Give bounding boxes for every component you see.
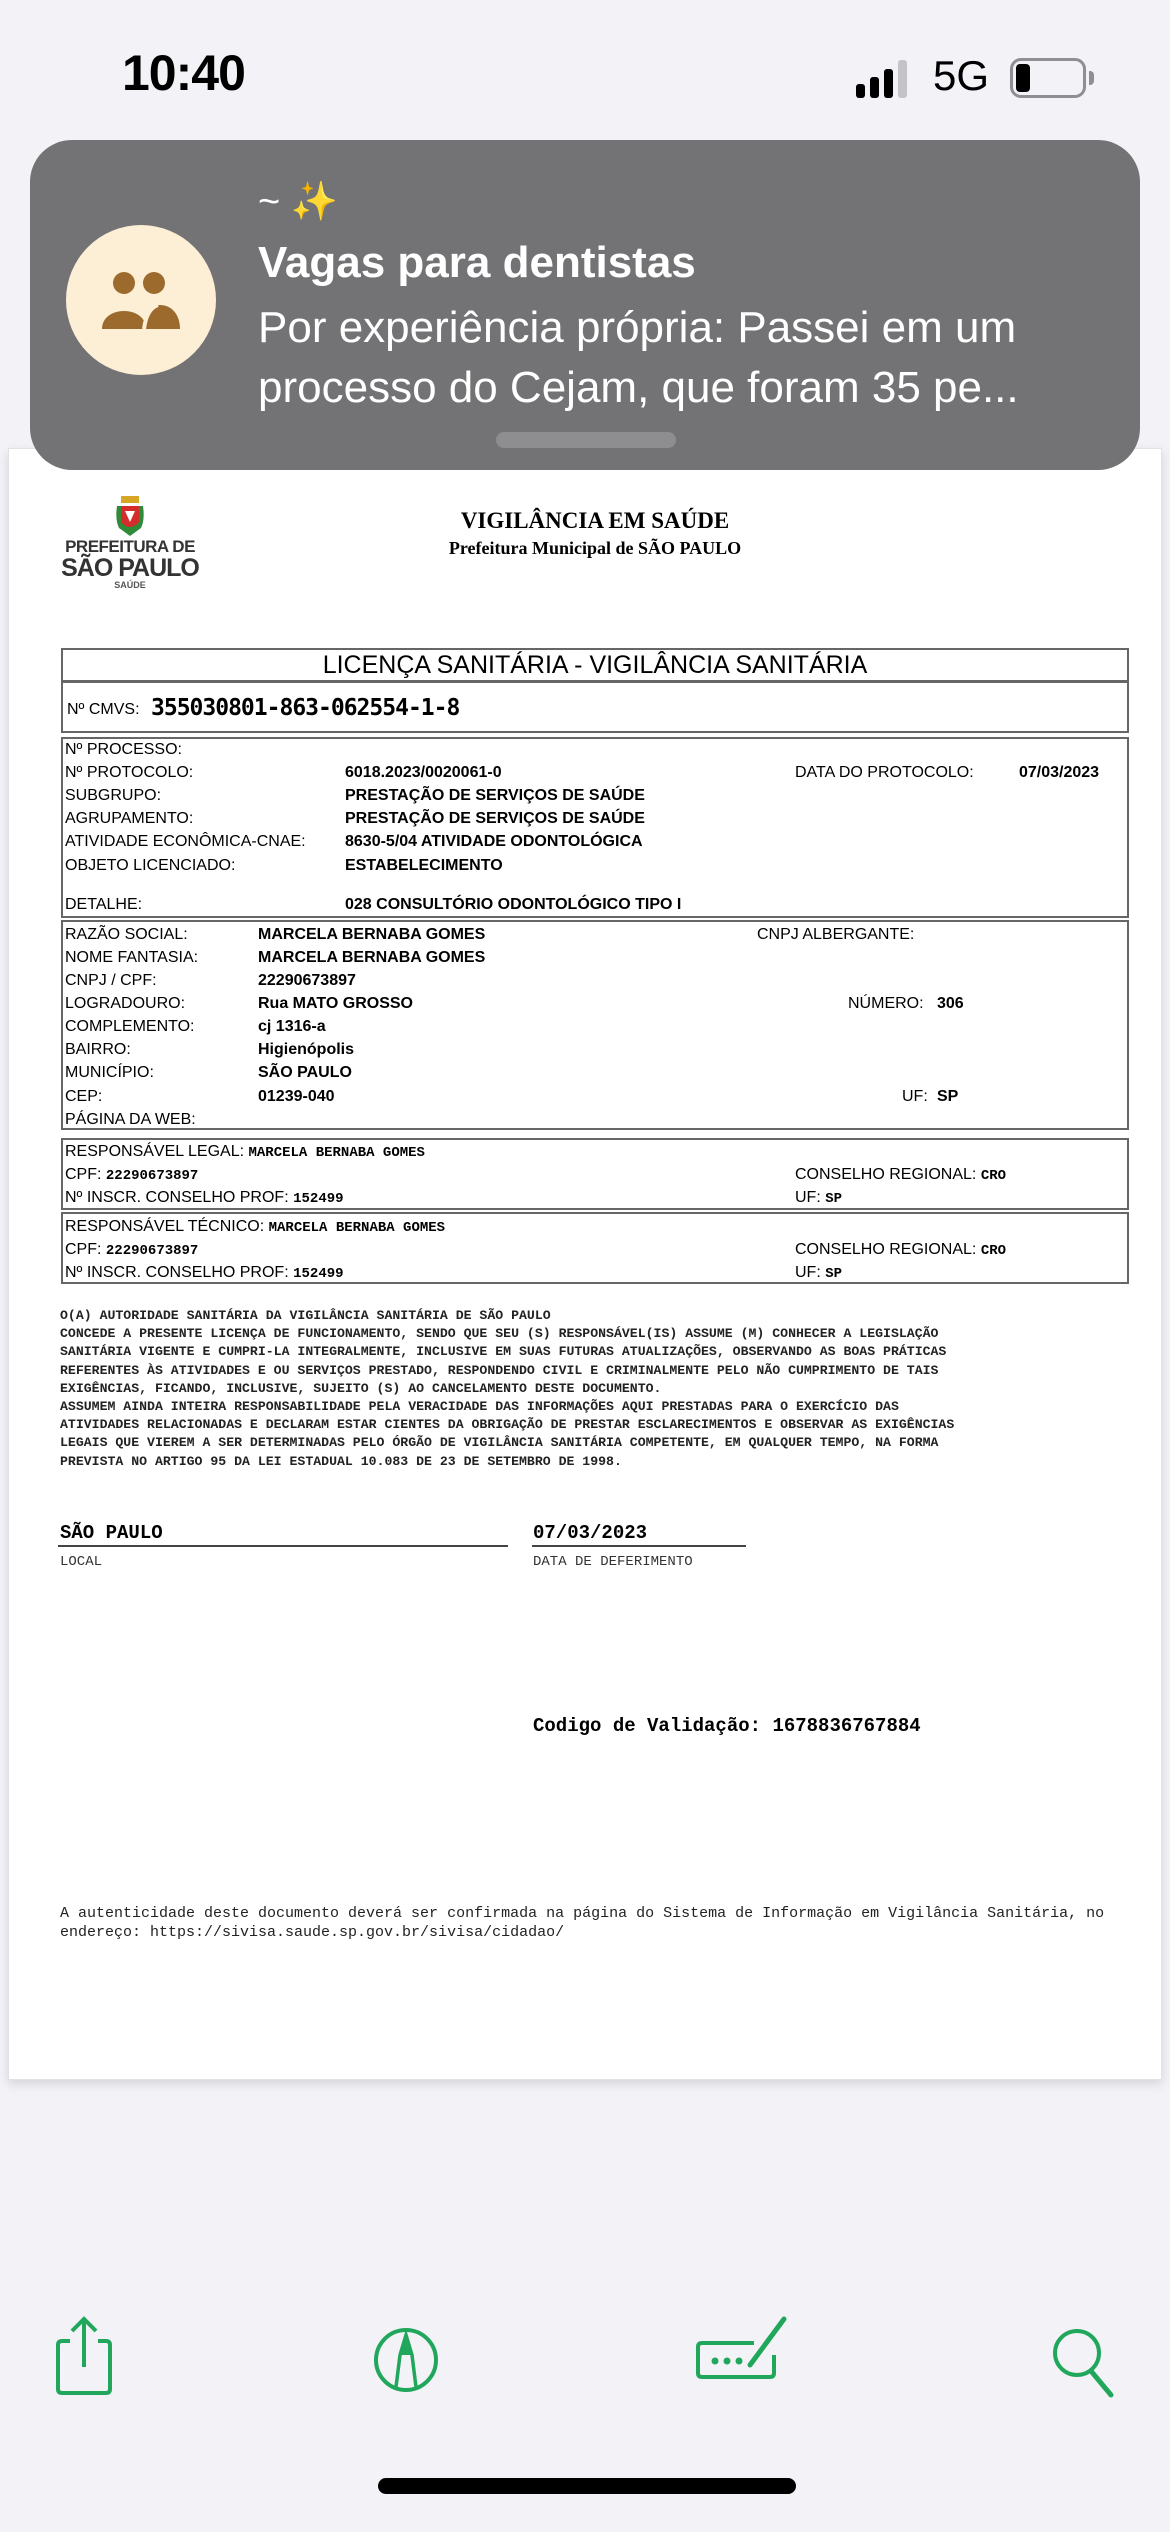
resp-tec-cpf-row: CPF: 22290673897 <box>65 1240 198 1261</box>
resp-tec-name: MARCELA BERNABA GOMES <box>269 1220 445 1236</box>
objeto-value: ESTABELECIMENTO <box>345 856 503 876</box>
signature-button[interactable] <box>692 2315 802 2405</box>
local-underline <box>58 1545 508 1547</box>
subgrupo-value: PRESTAÇÃO DE SERVIÇOS DE SAÚDE <box>345 786 645 806</box>
legal-declaration-text: O(A) AUTORIDADE SANITÁRIA DA VIGILÂNCIA … <box>60 1307 1140 1471</box>
resp-tec-inscr-label: Nº INSCR. CONSELHO PROF: <box>65 1264 289 1281</box>
resp-legal-uf: SP <box>825 1191 842 1207</box>
razao-value: MARCELA BERNABA GOMES <box>258 925 485 945</box>
document-header: VIGILÂNCIA EM SAÚDE Prefeitura Municipal… <box>360 508 830 559</box>
group-icon <box>100 269 182 331</box>
notification-banner[interactable]: ~ ✨ Vagas para dentistas Por experiência… <box>30 140 1140 470</box>
fantasia-label: NOME FANTASIA: <box>65 948 198 968</box>
cnpj-label: CNPJ / CPF: <box>65 971 157 991</box>
establishment-box <box>61 920 1129 1130</box>
uf-label: UF: <box>902 1087 928 1107</box>
resp-legal-inscr: 152499 <box>293 1191 343 1207</box>
date-label: DATA DE DEFERIMENTO <box>533 1554 693 1570</box>
resp-tec-uf: SP <box>825 1266 842 1282</box>
agrupamento-value: PRESTAÇÃO DE SERVIÇOS DE SAÚDE <box>345 809 645 829</box>
resp-tec-uf-row: UF: SP <box>795 1263 842 1284</box>
cnpj-value: 22290673897 <box>258 971 356 991</box>
subgrupo-label: SUBGRUPO: <box>65 786 161 806</box>
data-protocolo-label: DATA DO PROTOCOLO: <box>795 763 974 783</box>
cmvs-value: 355030801-863-062554-1-8 <box>151 695 459 721</box>
resp-tec-conselho-label: CONSELHO REGIONAL: <box>795 1241 976 1258</box>
banner-drag-handle[interactable] <box>496 432 676 448</box>
cnae-label: ATIVIDADE ECONÔMICA-CNAE: <box>65 832 306 852</box>
header-subtitle: Prefeitura Municipal de SÃO PAULO <box>360 538 830 559</box>
resp-legal-uf-label: UF: <box>795 1189 821 1206</box>
cmvs-label: Nº CMVS: <box>67 701 140 719</box>
resp-legal-inscr-label: Nº INSCR. CONSELHO PROF: <box>65 1189 289 1206</box>
logo-text-line2: SÃO PAULO <box>60 556 200 580</box>
numero-label: NÚMERO: <box>848 994 924 1014</box>
network-type: 5G <box>933 52 989 100</box>
prefeitura-logo: PREFEITURA DE SÃO PAULO SAÚDE <box>60 496 200 606</box>
detalhe-value: 028 CONSULTÓRIO ODONTOLÓGICO TIPO I <box>345 895 681 915</box>
resp-tec-row: RESPONSÁVEL TÉCNICO: MARCELA BERNABA GOM… <box>65 1217 445 1238</box>
cnpj-albergante-label: CNPJ ALBERGANTE: <box>757 925 914 945</box>
bairro-label: BAIRRO: <box>65 1040 131 1060</box>
protocolo-value: 6018.2023/0020061-0 <box>345 763 502 783</box>
fantasia-value: MARCELA BERNABA GOMES <box>258 948 485 968</box>
processo-label: Nº PROCESSO: <box>65 740 182 760</box>
signature-icon <box>692 2315 802 2405</box>
search-button[interactable] <box>1045 2315 1125 2405</box>
agrupamento-label: AGRUPAMENTO: <box>65 809 193 829</box>
data-protocolo-value: 07/03/2023 <box>1019 763 1099 783</box>
resp-legal-uf-row: UF: SP <box>795 1188 842 1209</box>
battery-cap <box>1089 71 1094 85</box>
resp-tec-inscr: 152499 <box>293 1266 343 1282</box>
resp-legal-label: RESPONSÁVEL LEGAL: <box>65 1143 244 1160</box>
resp-legal-conselho-row: CONSELHO REGIONAL: CRO <box>795 1165 1006 1186</box>
validation-code: Codigo de Validação: 1678836767884 <box>533 1715 921 1737</box>
resp-legal-cpf-label: CPF: <box>65 1166 101 1183</box>
cep-value: 01239-040 <box>258 1087 335 1107</box>
group-avatar <box>66 225 216 375</box>
complemento-label: COMPLEMENTO: <box>65 1017 195 1037</box>
cep-label: CEP: <box>65 1087 102 1107</box>
resp-tec-uf-label: UF: <box>795 1264 821 1281</box>
razao-label: RAZÃO SOCIAL: <box>65 925 188 945</box>
markup-button[interactable] <box>366 2315 446 2405</box>
share-button[interactable] <box>44 2315 124 2405</box>
coat-of-arms-icon <box>115 496 145 538</box>
markup-pen-icon <box>366 2315 446 2405</box>
header-title: VIGILÂNCIA EM SAÚDE <box>360 508 830 534</box>
share-icon <box>44 2315 124 2405</box>
numero-value: 306 <box>937 994 964 1014</box>
resp-tec-label: RESPONSÁVEL TÉCNICO: <box>65 1218 264 1235</box>
municipio-value: SÃO PAULO <box>258 1063 352 1083</box>
resp-legal-cpf-row: CPF: 22290673897 <box>65 1165 198 1186</box>
resp-tec-inscr-row: Nº INSCR. CONSELHO PROF: 152499 <box>65 1263 344 1284</box>
date-value: 07/03/2023 <box>533 1522 647 1544</box>
resp-tec-conselho: CRO <box>981 1243 1006 1259</box>
license-title: LICENÇA SANITÁRIA - VIGILÂNCIA SANITÁRIA <box>61 648 1129 682</box>
web-label: PÁGINA DA WEB: <box>65 1110 196 1130</box>
resp-legal-row: RESPONSÁVEL LEGAL: MARCELA BERNABA GOMES <box>65 1142 425 1163</box>
resp-legal-conselho: CRO <box>981 1168 1006 1184</box>
authenticity-note: A autenticidade deste documento deverá s… <box>60 1904 1140 1942</box>
cmvs-box: Nº CMVS: 355030801-863-062554-1-8 <box>61 681 1129 733</box>
search-icon <box>1045 2315 1125 2405</box>
resp-legal-cpf: 22290673897 <box>106 1168 198 1184</box>
objeto-label: OBJETO LICENCIADO: <box>65 856 235 876</box>
resp-legal-conselho-label: CONSELHO REGIONAL: <box>795 1166 976 1183</box>
cnae-value: 8630-5/04 ATIVIDADE ODONTOLÓGICA <box>345 832 643 852</box>
detalhe-label: DETALHE: <box>65 895 142 915</box>
notification-body: Por experiência própria: Passei em um pr… <box>258 298 1098 418</box>
resp-tec-conselho-row: CONSELHO REGIONAL: CRO <box>795 1240 1006 1261</box>
logradouro-label: LOGRADOURO: <box>65 994 185 1014</box>
battery-icon <box>1010 58 1086 98</box>
uf-value: SP <box>937 1087 958 1107</box>
status-time: 10:40 <box>122 44 245 102</box>
local-value: SÃO PAULO <box>60 1522 163 1544</box>
resp-tec-cpf-label: CPF: <box>65 1241 101 1258</box>
cellular-signal-icon <box>856 58 916 98</box>
local-label: LOCAL <box>60 1554 102 1570</box>
date-underline <box>532 1545 746 1547</box>
status-bar: 10:40 5G <box>0 0 1170 140</box>
bairro-value: Higienópolis <box>258 1040 354 1060</box>
complemento-value: cj 1316-a <box>258 1017 326 1037</box>
home-indicator[interactable] <box>378 2478 796 2494</box>
protocolo-label: Nº PROTOCOLO: <box>65 763 193 783</box>
notification-title: Vagas para dentistas <box>258 238 696 288</box>
resp-legal-inscr-row: Nº INSCR. CONSELHO PROF: 152499 <box>65 1188 344 1209</box>
municipio-label: MUNICÍPIO: <box>65 1063 154 1083</box>
notification-group-name: ~ ✨ <box>258 180 338 224</box>
resp-legal-name: MARCELA BERNABA GOMES <box>249 1145 425 1161</box>
logradouro-value: Rua MATO GROSSO <box>258 994 413 1014</box>
resp-tec-cpf: 22290673897 <box>106 1243 198 1259</box>
